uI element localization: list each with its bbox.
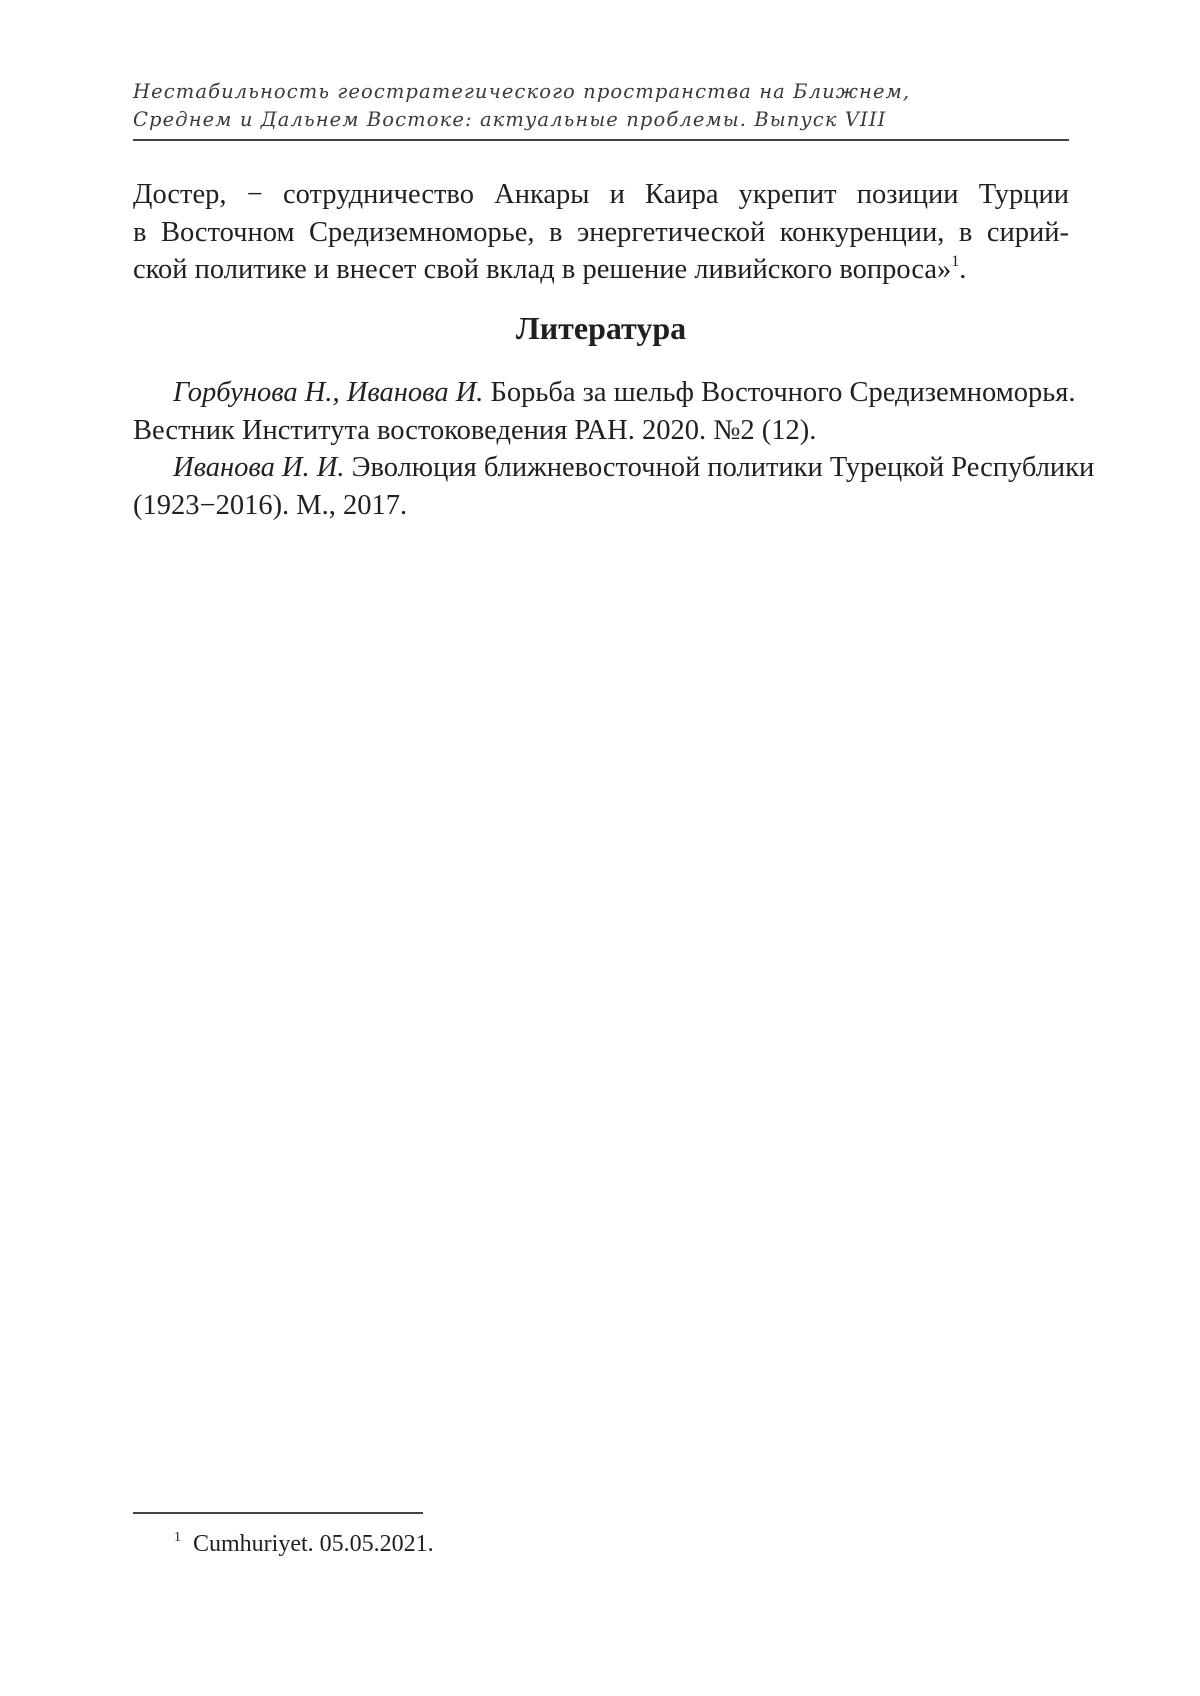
footnote-text: Cumhuriyet. 05.05.2021. (193, 1531, 434, 1557)
reference-line: Горбунова Н., Иванова И. Борьба за шельф… (133, 374, 1069, 412)
running-header-line-2: Среднем и Дальнем Востоке: актуальные пр… (133, 106, 1069, 134)
reference-item: Иванова И. И. Эволюция ближневосточной п… (133, 449, 1069, 524)
footnote-mark: 1 (174, 1530, 181, 1545)
body-line: в Восточном Средиземноморье, в энергетич… (133, 214, 1069, 252)
running-header: Нестабильность геостратегического простр… (133, 78, 1069, 134)
section-heading: Литература (133, 308, 1069, 348)
reference-item: Горбунова Н., Иванова И. Борьба за шельф… (133, 374, 1069, 449)
reference-list: Горбунова Н., Иванова И. Борьба за шельф… (133, 374, 1069, 524)
header-divider (133, 139, 1069, 141)
reference-authors: Иванова И. И. (173, 452, 345, 483)
footnote-divider (133, 1512, 423, 1514)
body-line-text: ской политике и внесет свой вклад в реше… (133, 254, 951, 285)
reference-title: Эволюция ближневосточной политики Турецк… (345, 452, 1095, 483)
reference-authors: Горбунова Н., Иванова И. (173, 377, 483, 408)
reference-title: Борьба за шельф Восточного Средиземномор… (483, 377, 1075, 408)
body-line-last: ской политике и внесет свой вклад в реше… (133, 251, 1069, 289)
reference-line: (1923−2016). М., 2017. (133, 487, 1069, 525)
document-page: Нестабильность геостратегического простр… (0, 0, 1200, 1696)
reference-line: Иванова И. И. Эволюция ближневосточной п… (133, 449, 1069, 487)
body-trailing-punctuation: . (959, 254, 966, 285)
body-line: Достер, − сотрудничество Анкары и Каира … (133, 176, 1069, 214)
body-paragraph: Достер, − сотрудничество Анкары и Каира … (133, 176, 1069, 289)
footnote: 1Cumhuriyet. 05.05.2021. (174, 1528, 434, 1560)
running-header-line-1: Нестабильность геостратегического простр… (133, 78, 1069, 106)
reference-line: Вестник Института востоковедения РАН. 20… (133, 412, 1069, 450)
